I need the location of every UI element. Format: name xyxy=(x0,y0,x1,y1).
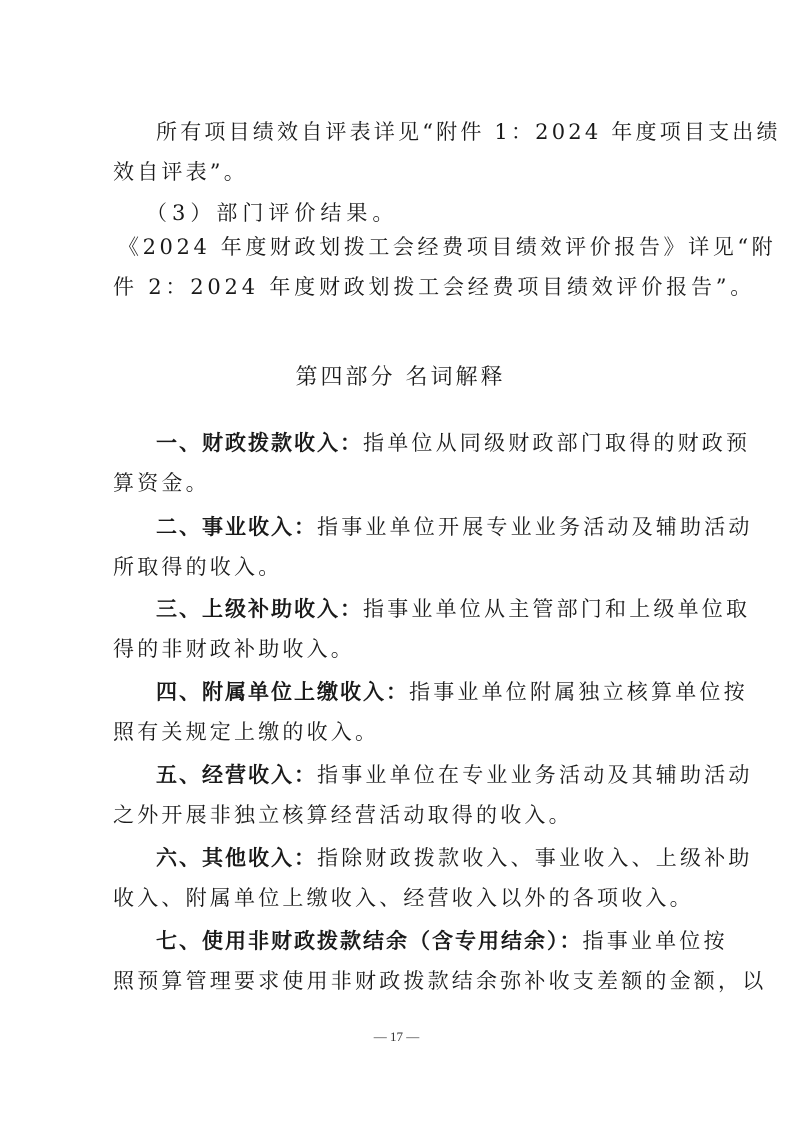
definition-continuation: 之外开展非独立核算经营活动取得的收入。 xyxy=(113,801,683,829)
definition-text: 指事业单位在专业业务活动及其辅助活动 xyxy=(317,763,753,787)
definition-continuation: 得的非财政补助收入。 xyxy=(113,635,683,663)
definition-item: 一、财政拨款收入：指单位从同级财政部门取得的财政预 xyxy=(156,429,726,457)
paragraph-line: 件 2：2024 年度财政划拨工会经费项目绩效评价报告”。 xyxy=(113,273,683,301)
definition-continuation: 所取得的收入。 xyxy=(113,553,683,581)
definition-term: 二、事业收入： xyxy=(156,515,317,539)
definition-text: 指事业单位从主管部门和上级单位取 xyxy=(363,597,750,621)
paragraph-line: 效自评表”。 xyxy=(113,158,683,186)
definition-item: 七、使用非财政拨款结余（含专用结余）：指事业单位按 xyxy=(156,927,726,955)
definition-term: 五、经营收入： xyxy=(156,763,317,787)
definition-item: 六、其他收入：指除财政拨款收入、事业收入、上级补助 xyxy=(156,844,726,872)
definition-continuation: 照预算管理要求使用非财政拨款结余弥补收支差额的金额，以 xyxy=(113,967,683,995)
definition-text: 指事业单位按 xyxy=(583,929,728,953)
definition-term: 一、财政拨款收入： xyxy=(156,431,363,455)
definition-continuation: 照有关规定上缴的收入。 xyxy=(113,718,683,746)
paragraph-line: 《2024 年度财政划拨工会经费项目绩效评价报告》详见“附 xyxy=(118,233,688,261)
document-page: 所有项目绩效自评表详见“附件 1：2024 年度项目支出绩 效自评表”。 （3）… xyxy=(0,0,793,1122)
definition-term: 七、使用非财政拨款结余（含专用结余）： xyxy=(156,929,583,953)
definition-item: 三、上级补助收入：指事业单位从主管部门和上级单位取 xyxy=(156,595,726,623)
definition-term: 三、上级补助收入： xyxy=(156,597,363,621)
page-number: — 17 — xyxy=(0,1029,793,1045)
paragraph-line: 所有项目绩效自评表详见“附件 1：2024 年度项目支出绩 xyxy=(156,118,726,146)
subsection-heading: （3）部门评价结果。 xyxy=(146,199,716,227)
definition-continuation: 收入、附属单位上缴收入、经营收入以外的各项收入。 xyxy=(113,884,683,912)
definition-text: 指事业单位附属独立核算单位按 xyxy=(409,680,748,704)
section-title: 第四部分 名词解释 xyxy=(0,363,793,393)
definition-term: 六、其他收入： xyxy=(156,846,317,870)
definition-item: 五、经营收入：指事业单位在专业业务活动及其辅助活动 xyxy=(156,761,726,789)
definition-text: 指事业单位开展专业业务活动及辅助活动 xyxy=(317,515,753,539)
definition-item: 二、事业收入：指事业单位开展专业业务活动及辅助活动 xyxy=(156,513,726,541)
definition-continuation: 算资金。 xyxy=(113,469,683,497)
definition-item: 四、附属单位上缴收入：指事业单位附属独立核算单位按 xyxy=(156,678,726,706)
definition-term: 四、附属单位上缴收入： xyxy=(156,680,409,704)
definition-text: 指除财政拨款收入、事业收入、上级补助 xyxy=(317,846,753,870)
definition-text: 指单位从同级财政部门取得的财政预 xyxy=(363,431,750,455)
